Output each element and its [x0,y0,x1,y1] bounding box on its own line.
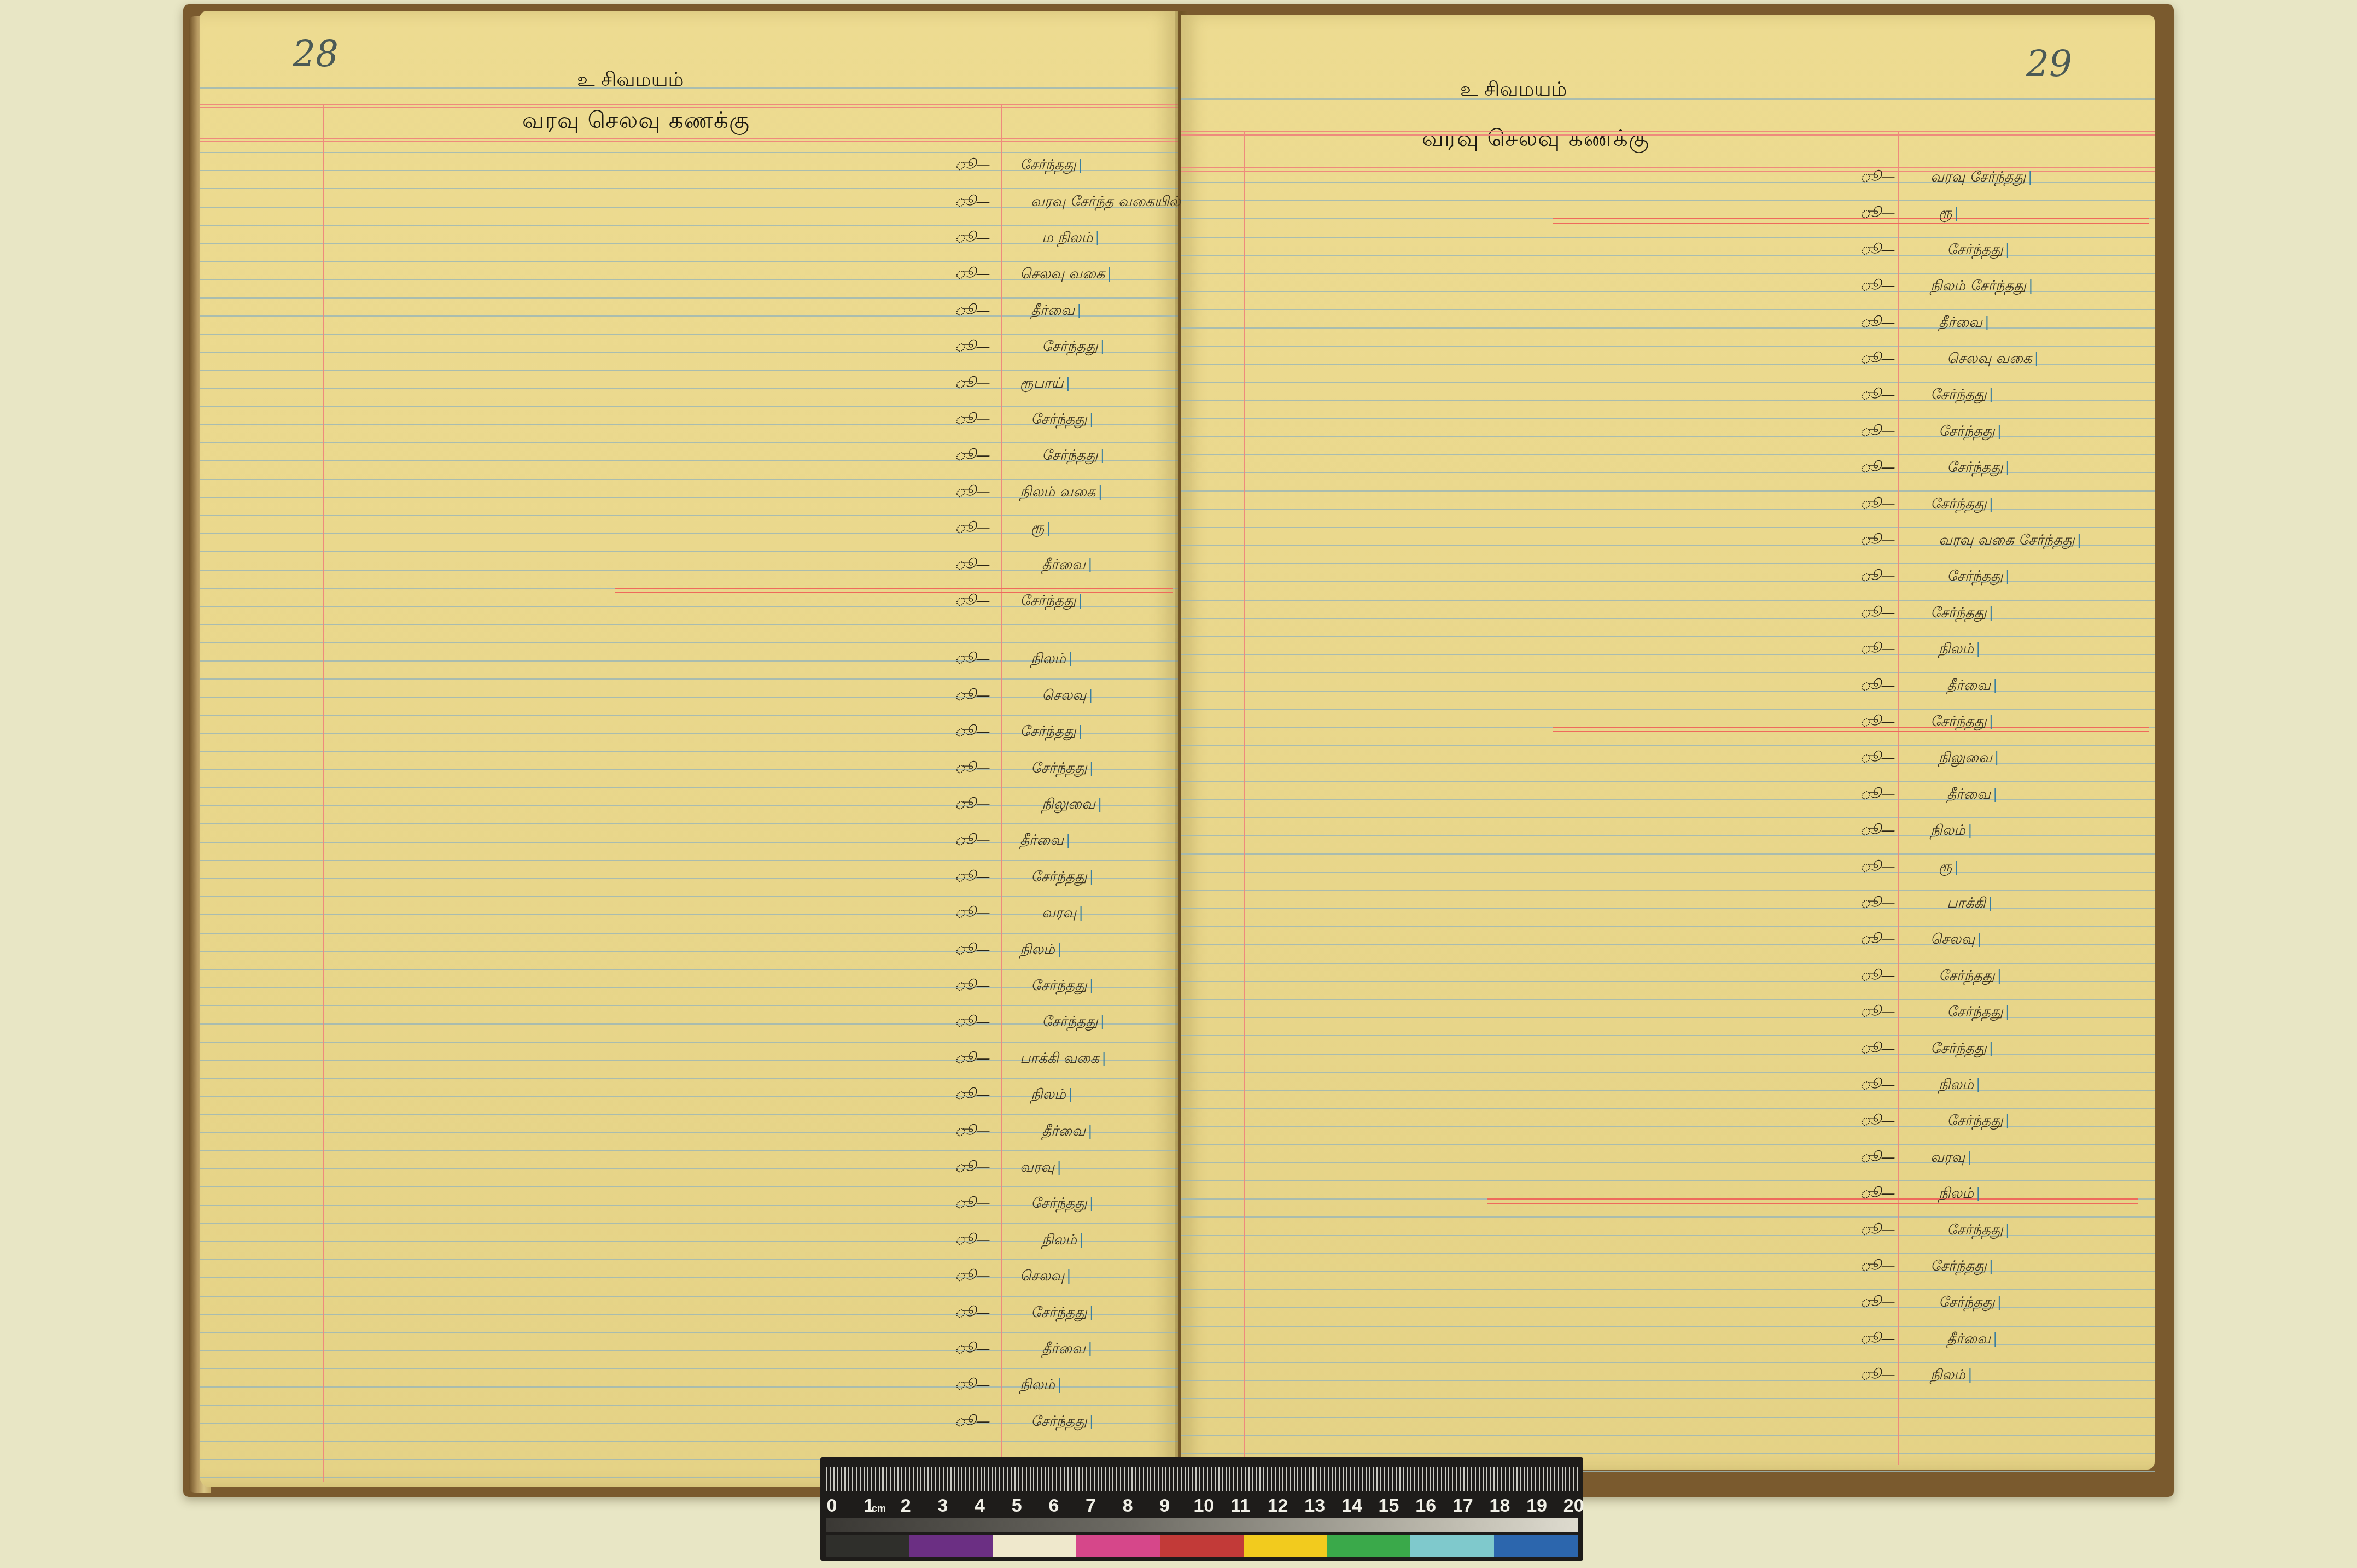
margin-note-text: நிலுவை [1939,750,1992,766]
tally-mark: | [1078,723,1083,740]
margin-note: சேர்ந்தது| [1042,1014,1105,1032]
tally-mark: | [1967,1149,1972,1166]
margin-note: சேர்ந்தது| [1930,713,1993,732]
margin-note-text: ரூ [1031,520,1044,536]
margin-note: நிலம்| [1930,822,1973,840]
margin-note: சேர்ந்தது| [1947,568,2010,586]
ditto-mark: ூ— [1859,423,1895,441]
ditto-mark: ூ— [954,1232,990,1250]
margin-note: நிலுவை| [1042,796,1102,814]
ruled-line [200,969,1178,970]
tally-mark: | [1078,593,1083,609]
tally-mark: | [1101,1050,1106,1067]
margin-note: தீர்வை| [1031,302,1082,320]
ruled-line [200,551,1178,552]
ruler-label: 14 [1341,1495,1358,1517]
margin-note: ரூ| [1939,205,1959,223]
margin-note: வரவு வகை சேர்ந்தது| [1939,532,2081,550]
ditto-mark: ூ— [954,978,990,996]
ditto-mark: ூ— [1859,242,1895,260]
ruler-label: 16 [1415,1495,1432,1517]
tally-mark: | [1088,1341,1093,1357]
margin-note: சேர்ந்தது| [1020,157,1083,175]
margin-note: தீர்வை| [1939,314,1990,332]
ditto-mark: ூ— [1859,387,1895,405]
tally-mark: | [1100,338,1105,355]
ruled-line [200,225,1178,226]
margin-note-text: நிலம் [1930,822,1965,839]
margin-note: நிலம்| [1020,1377,1062,1395]
ruler-ticks [826,1467,1578,1491]
ditto-mark: ூ— [1859,605,1895,623]
ditto-mark: ூ— [954,1195,990,1213]
tally-mark: | [2034,350,2039,367]
margin-note-text: சேர்ந்தது [1930,1258,1987,1274]
margin-note: ரூ| [1031,520,1051,538]
ruled-line [1181,763,2155,764]
ditto-mark: ூ— [1859,314,1895,332]
ditto-mark: ூ— [954,194,990,212]
ruled-line [1181,1271,2155,1272]
margin-note: சேர்ந்தது| [1020,723,1083,741]
ruled-line [1181,509,2155,510]
margin-note-text: சேர்ந்தது [1947,568,2003,584]
ruled-line [1181,1144,2155,1145]
margin-note: நிலுவை| [1939,750,1999,768]
ruled-line [1181,890,2155,891]
ditto-mark: ூ— [954,941,990,959]
ditto-mark: ூ— [954,760,990,778]
ditto-mark: ூ— [954,1377,990,1395]
margin-note-text: சேர்ந்தது [1939,423,1995,440]
margin-note: செலவு| [1020,1268,1071,1286]
margin-note-text: வரவு வகை சேர்ந்தது [1939,532,2074,548]
margin-note-text: பாக்கி வகை [1020,1050,1099,1067]
ruled-line [1181,1108,2155,1109]
ruled-line [200,352,1178,353]
tally-mark: | [2028,169,2033,185]
margin-note: தீர்வை| [1947,677,1998,695]
tally-mark: | [1077,302,1082,319]
ruled-line [1181,944,2155,945]
margin-note: வரவு| [1930,1149,1972,1167]
ruled-line [1181,1344,2155,1345]
ruled-line [1181,853,2155,855]
margin-note-text: சேர்ந்தது [1947,242,2003,258]
ruled-line [200,1368,1178,1369]
ditto-mark: ூ— [1859,1258,1895,1276]
margin-note: சேர்ந்தது| [1042,338,1105,356]
margin-note-text: நிலம் [1042,1232,1077,1248]
ditto-mark: ூ— [954,375,990,393]
section-heading-underline [1487,1198,2138,1204]
tally-mark: | [1997,968,2002,984]
ruled-line [200,1241,1178,1242]
ruled-line [1181,926,2155,927]
margin-note-text: சேர்ந்தது [1947,1222,2003,1238]
ruled-line [1181,1398,2155,1399]
margin-note: தீர்வை| [1042,1341,1093,1359]
ruler-label: 2 [897,1495,914,1517]
tally-mark: | [1046,520,1051,536]
margin-note: நிலம்| [1939,1076,1981,1095]
ditto-mark: ூ— [954,520,990,538]
ruled-line [1181,563,2155,564]
tally-mark: | [1976,1076,1981,1093]
tally-mark: | [1089,978,1094,994]
ruled-line [1181,490,2155,492]
margin-note-text: செலவு [1042,687,1086,704]
tally-mark: | [1985,314,1990,331]
ditto-mark: ூ— [954,338,990,356]
tally-mark: | [1078,157,1083,173]
margin-note: சேர்ந்தது| [1031,760,1094,778]
margin-note: சேர்ந்தது| [1939,423,2002,441]
section-heading-underline [1553,218,2149,224]
margin-note: தீர்வை| [1947,786,1998,804]
margin-note: சேர்ந்தது| [1031,978,1094,996]
color-patch [1244,1535,1327,1557]
ruled-line [1181,1072,2155,1073]
ditto-mark: ூ— [1859,786,1895,804]
title-band-line [200,141,1178,142]
ruled-line [200,406,1178,407]
ditto-mark: ூ— [1859,895,1895,913]
ruled-line [1181,1090,2155,1091]
tally-mark: | [2076,532,2081,548]
ruled-line [200,1114,1178,1115]
ruled-line [200,805,1178,806]
ruler-label: 6 [1046,1495,1062,1517]
ruled-line [200,678,1178,680]
ruled-line [200,697,1178,698]
tally-mark: | [1088,557,1093,573]
ruled-line [1181,1289,2155,1290]
tally-mark: | [1993,677,1998,694]
ruled-line [200,570,1178,571]
margin-note: நிலம் சேர்ந்தது| [1930,278,2033,296]
ruled-line [1181,1307,2155,1308]
margin-note-text: சேர்ந்தது [1031,1413,1087,1430]
tally-mark: | [1954,859,1959,875]
ruled-line [1181,1417,2155,1418]
margin-note-text: சேர்ந்தது [1031,760,1087,776]
ruled-line [1181,799,2155,800]
ditto-mark: ூ— [954,1304,990,1323]
ruled-line [1181,200,2155,201]
margin-note: நிலம்| [1939,1185,1981,1203]
margin-note: சேர்ந்தது| [1031,411,1094,429]
tally-mark: | [1989,605,1994,621]
margin-note: சேர்ந்தது| [1042,447,1105,465]
color-patches [826,1535,1578,1557]
margin-line [1244,131,1245,1465]
ditto-mark: ூ— [954,411,990,429]
tally-mark: | [2005,459,2010,476]
tally-mark: | [1993,786,1998,803]
tally-mark: | [1068,651,1073,667]
ruled-line [1181,346,2155,347]
margin-note-text: நிலம் வகை [1020,484,1095,500]
margin-note: நிலம்| [1031,1086,1073,1104]
ruled-line [200,787,1178,788]
ditto-mark: ூ— [954,1268,990,1286]
margin-note: தீர்வை| [1947,1331,1998,1349]
ruled-line [1181,1253,2155,1254]
margin-note-text: சேர்ந்தது [1042,1014,1098,1030]
margin-note-text: நிலம் [1031,1086,1066,1103]
margin-note-text: நிலுவை [1042,796,1095,812]
margin-note-text: நிலம் [1939,1185,1974,1202]
ruled-line [1181,1216,2155,1218]
ruler-label: 4 [972,1495,988,1517]
margin-note-text: சேர்ந்தது [1947,1113,2003,1129]
margin-note: சேர்ந்தது| [1939,968,2002,986]
ditto-mark: ூ— [954,302,990,320]
margin-note: சேர்ந்தது| [1930,1258,1993,1276]
tally-mark: | [1989,496,1994,512]
ruled-line [200,1332,1178,1333]
margin-note-text: சேர்ந்தது [1042,447,1098,464]
margin-note-text: நிலம் [1939,1076,1974,1093]
margin-note: சேர்ந்தது| [1947,242,2010,260]
grayscale-strip [826,1518,1578,1532]
margin-note-text: சேர்ந்தது [1939,968,1995,984]
ditto-mark: ூ— [954,1086,990,1104]
ditto-mark: ூ— [1859,822,1895,840]
ruled-line [1181,999,2155,1000]
ruled-line [1181,835,2155,836]
ditto-mark: ூ— [1859,496,1895,514]
ruled-line [200,860,1178,861]
margin-note-text: சேர்ந்தது [1031,411,1087,428]
margin-note-text: சேர்ந்தது [1930,496,1987,512]
ruler-label: 10 [1193,1495,1210,1517]
ruled-line [1181,981,2155,982]
margin-note-text: சேர்ந்தது [1031,869,1087,885]
margin-note: செலவு வகை| [1020,266,1112,284]
ruler-label: 5 [1008,1495,1025,1517]
ruled-line [1181,1435,2155,1436]
ditto-mark: ூ— [954,1159,990,1177]
ruled-line [200,370,1178,371]
margin-note: சேர்ந்தது| [1947,1222,2010,1240]
margin-note-text: தீர்வை [1031,302,1075,319]
ruled-line [200,1441,1178,1442]
ruled-line [200,87,1178,89]
ditto-mark: ூ— [1859,1040,1895,1058]
margin-note: ரூபாய்| [1020,375,1070,393]
tally-mark: | [1089,760,1094,776]
ruled-line [200,1132,1178,1133]
ruled-line [200,624,1178,625]
page-number: 28 [293,33,339,75]
ruled-line [1181,382,2155,383]
ruled-line [200,1023,1178,1025]
margin-note-text: பாக்கி [1947,895,1986,911]
ruled-line [200,1150,1178,1151]
margin-note-text: நிலம் [1020,1377,1055,1393]
ditto-mark: ூ— [954,157,990,175]
margin-note-text: தீர்வை [1947,677,1991,694]
ruled-line [1181,963,2155,964]
tally-mark: | [1066,1268,1071,1284]
margin-note-text: சேர்ந்தது [1930,1040,1987,1057]
ditto-mark: ூ— [1859,750,1895,768]
ditto-mark: ூ— [1859,1367,1895,1385]
amount-column-line [1001,104,1002,1482]
margin-note-text: நிலம் சேர்ந்தது [1930,278,2026,294]
tally-mark: | [1088,687,1093,704]
tally-mark: | [1993,1331,1998,1347]
margin-note: சேர்ந்தது| [1930,605,1993,623]
ruled-line [1181,781,2155,782]
ditto-mark: ூ— [954,557,990,575]
color-patch [826,1535,909,1557]
margin-note: சேர்ந்தது| [1947,1004,2010,1022]
ruler-label: 17 [1452,1495,1469,1517]
ruled-line [1181,872,2155,873]
tally-mark: | [1997,1294,2002,1310]
margin-note-text: நிலம் [1930,1367,1965,1383]
tally-mark: | [1098,484,1102,500]
page-number: 29 [2026,43,2072,85]
ledger-title: வரவு செலவு கணக்கு [522,107,750,137]
ruled-line [200,188,1178,189]
ruled-line [200,1186,1178,1187]
ruled-line [200,715,1178,716]
ditto-mark: ூ— [954,796,990,814]
tally-mark: | [1997,423,2002,440]
ledger-title: வரவு செலவு கணக்கு [1422,125,1649,155]
ruled-line [200,515,1178,516]
ruled-line [1181,636,2155,637]
margin-note: தீர்வை| [1020,832,1071,850]
invocation-heading: உ சிவமயம் [577,68,684,93]
ditto-mark: ூ— [1859,968,1895,986]
ruled-line [1181,273,2155,274]
color-patch [1327,1535,1411,1557]
amount-column-line [1898,131,1899,1465]
margin-note-text: சேர்ந்தது [1031,1195,1087,1212]
tally-mark: | [1078,905,1083,921]
tally-mark: | [1954,205,1959,221]
margin-note: பாக்கி| [1947,895,1993,913]
tally-mark: | [1988,895,1993,911]
ruler-label: 18 [1490,1495,1506,1517]
tally-mark: | [1057,941,1062,958]
ditto-mark: ூ— [954,832,990,850]
margin-note-text: சேர்ந்தது [1947,459,2003,476]
ditto-mark: ூ— [1859,205,1895,223]
ruler-label: 9 [1157,1495,1173,1517]
ruled-line [200,297,1178,299]
ruled-line [1181,309,2155,310]
ruler-label: 19 [1526,1495,1543,1517]
ruled-line [200,334,1178,335]
margin-note-text: சேர்ந்தது [1930,605,1987,621]
ditto-mark: ூ— [1859,1004,1895,1022]
ruled-line [200,1078,1178,1079]
ruled-line [200,823,1178,824]
ditto-mark: ூ— [1859,1076,1895,1095]
ruled-line [200,442,1178,443]
color-calibration-ruler: 01cm234567891011121314151617181920 [820,1457,1583,1561]
ditto-mark: ூ— [954,230,990,248]
tally-mark: | [1098,796,1102,812]
margin-note: நிலம்| [1939,641,1981,659]
margin-note: ரூ| [1939,859,1959,877]
margin-note-text: சேர்ந்தது [1930,387,1987,403]
ruled-line [1181,745,2155,746]
tally-mark: | [1968,1367,1973,1383]
ditto-mark: ூ— [1859,459,1895,477]
ditto-mark: ூ— [954,1014,990,1032]
ruled-line [1181,1453,2155,1454]
title-band-line [200,138,1178,139]
margin-note-text: செலவு வகை [1020,266,1105,282]
color-patch [909,1535,993,1557]
margin-note-text: சேர்ந்தது [1042,338,1098,355]
tally-mark: | [2028,278,2033,294]
ditto-mark: ூ— [1859,1185,1895,1203]
margin-note: நிலம்| [1930,1367,1973,1385]
ruled-line [1181,1054,2155,1055]
ruler-label: 15 [1379,1495,1395,1517]
tally-mark: | [1089,869,1094,885]
ruler-label: 12 [1268,1495,1284,1517]
margin-note-text: தீர்வை [1042,557,1086,573]
ditto-mark: ூ— [954,447,990,465]
ruled-line [200,261,1178,262]
ruled-line [1181,1362,2155,1363]
margin-note-text: வரவு சேர்ந்தது [1930,169,2026,185]
ruled-line [1181,98,2155,100]
left-page: 28 உ சிவமயம் வரவு செலவு கணக்கு சேர்ந்தது… [200,11,1178,1487]
ditto-mark: ூ— [1859,278,1895,296]
margin-note: நிலம் வகை| [1020,484,1102,502]
ruled-line [200,479,1178,480]
ruler-label: 13 [1304,1495,1321,1517]
title-band-line [200,104,1178,105]
ditto-mark: ூ— [1859,169,1895,187]
color-patch [1160,1535,1244,1557]
ditto-mark: ூ— [954,905,990,923]
margin-note: வரவு| [1020,1159,1061,1177]
ditto-mark: ூ— [1859,641,1895,659]
ruler-label: 7 [1082,1495,1099,1517]
margin-note-text: தீர்வை [1042,1341,1086,1357]
ditto-mark: ூ— [1859,1113,1895,1131]
margin-note-text: தீர்வை [1939,314,1982,331]
margin-note-text: ரூ [1939,859,1952,875]
margin-note-text: செலவு [1020,1268,1064,1284]
ruled-line [200,933,1178,934]
tally-mark: | [1989,1040,1994,1057]
color-patch [1076,1535,1160,1557]
tally-mark: | [1994,750,1999,766]
ruled-line [1181,1162,2155,1163]
ruled-line [1181,1326,2155,1327]
margin-note-text: தீர்வை [1947,786,1991,803]
ruled-line [200,152,1178,153]
margin-note: சேர்ந்தது| [1947,459,2010,477]
margin-note-text: சேர்ந்தது [1930,713,1987,730]
ruler-label: 0 [824,1495,840,1517]
right-page: 29 உ சிவமயம் வரவு செலவு கணக்கு வரவு சேர்… [1181,15,2155,1470]
ruled-line [200,243,1178,244]
margin-note-text: நிலம் [1031,651,1066,667]
